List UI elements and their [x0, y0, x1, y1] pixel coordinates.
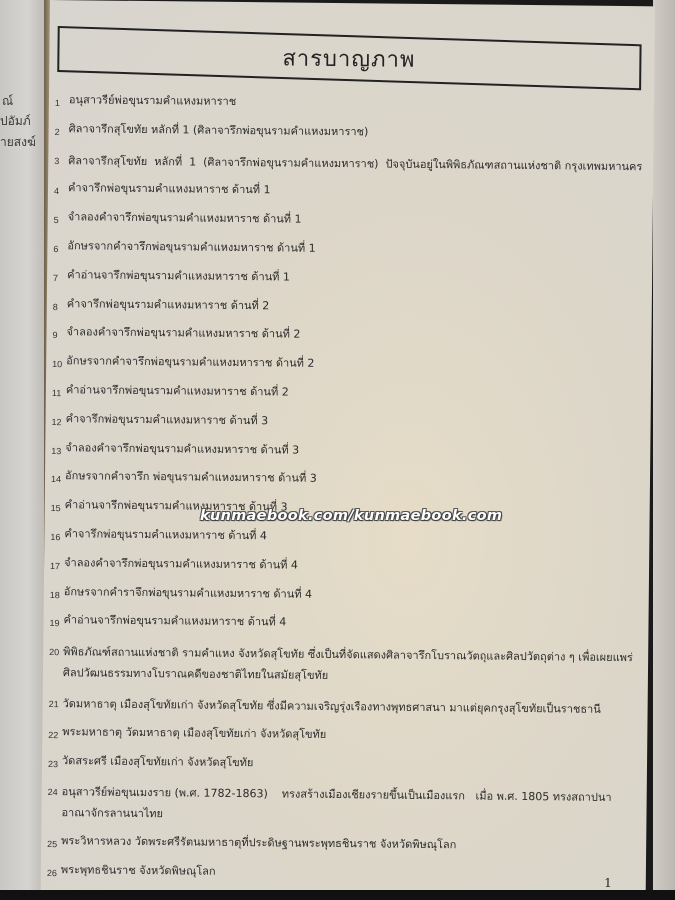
item-number: 6 [53, 238, 67, 257]
list-item: 9จำลองคำจารึกพ่อขุนรามคำแหงมหาราช ด้านที… [52, 324, 642, 349]
list-item: 3ศิลาจารึกสุโขทัย หลักที่ 1 (ศิลาจารึกพ่… [54, 150, 644, 177]
list-item: 7คำอ่านจารึกพ่อขุนรามคำแหงมหาราช ด้านที่… [53, 267, 643, 292]
item-text: คำจารึกพ่อขุนรามคำแหงมหาราช ด้านที่ 3 [65, 411, 641, 436]
item-text: วัดสระศรี เมืองสุโขทัยเก่า จังหวัดสุโขทั… [62, 753, 638, 778]
list-item: 24อนุสาวรีย์พ่อขุนเมงราย (พ.ศ. 1782-1863… [47, 781, 637, 829]
list-item: 8คำจารึกพ่อขุนรามคำแหงมหาราช ด้านที่ 2 [53, 296, 643, 321]
item-number: 9 [52, 324, 66, 343]
left-page-text-fragment: ปอัมภ์ [0, 112, 31, 131]
item-number: 17 [50, 555, 64, 574]
item-number: 8 [53, 296, 67, 315]
list-item: 17จำลองคำจารึกพ่อขุนรามคำแหงมหาราช ด้านท… [50, 555, 640, 580]
item-number: 26 [47, 862, 61, 881]
item-number: 4 [54, 180, 68, 199]
list-item: 11คำอ่านจารึกพ่อขุนรามคำแหงมหาราช ด้านที… [52, 382, 642, 407]
item-text: คำจารึกพ่อขุนรามคำแหงมหาราช ด้านที่ 4 [64, 526, 640, 551]
item-text: จำลองคำจารึกพ่อขุนรามคำแหงมหาราช ด้านที่… [64, 555, 640, 580]
item-number: 2 [55, 121, 69, 140]
item-text: ศิลาจารึกสุโขทัย หลักที่ 1 (ศิลาจารึกพ่อ… [69, 121, 645, 146]
list-item: 16คำจารึกพ่อขุนรามคำแหงมหาราช ด้านที่ 4 [50, 526, 640, 551]
list-item: 21วัดมหาธาตุ เมืองสุโขทัยเก่า จังหวัดสุโ… [49, 693, 639, 720]
item-text: พิพิธภัณฑ์สถานแห่งชาติ รามคำแหง จังหวัดส… [63, 641, 639, 689]
list-item: 26พระพุทธชินราช จังหวัดพิษณุโลก [47, 862, 637, 887]
item-text: อักษรจากคำจารึก พ่อขุนรามคำแหงมหาราช ด้า… [65, 469, 641, 494]
list-item: 25พระวิหารหลวง วัดพระศรีรัตนมหาธาตุที่ปร… [47, 833, 637, 858]
item-number: 16 [50, 526, 64, 545]
item-number: 11 [52, 382, 66, 401]
item-text: อนุสาวรีย์พ่อขุนรามคำแหงมหาราช [69, 92, 645, 117]
item-text: พระพุทธชินราช จังหวัดพิษณุโลก [61, 862, 637, 887]
list-item: 23วัดสระศรี เมืองสุโขทัยเก่า จังหวัดสุโข… [48, 753, 638, 778]
list-item: 2ศิลาจารึกสุโขทัย หลักที่ 1 (ศิลาจารึกพ่… [55, 121, 645, 146]
item-text: พระมหาธาตุ วัดมหาธาตุ เมืองสุโขทัยเก่า จ… [62, 724, 638, 749]
page-number: 1 [604, 876, 612, 890]
page-edge [653, 0, 675, 900]
left-page-text-fragment: ณ์ [2, 92, 13, 111]
item-number: 14 [51, 468, 65, 487]
item-text: วัดมหาธาตุ เมืองสุโขทัยเก่า จังหวัดสุโขท… [63, 693, 639, 720]
item-text: อนุสาวรีย์พ่อขุนเมงราย (พ.ศ. 1782-1863) … [61, 781, 637, 829]
item-text: คำอ่านจารึกพ่อขุนรามคำแหงมหาราช ด้านที่ … [63, 613, 639, 638]
adjacent-left-page: ณ์ ปอัมภ์ ายสงฆ์ [0, 0, 46, 900]
item-number: 15 [51, 497, 65, 516]
list-item: 19คำอ่านจารึกพ่อขุนรามคำแหงมหาราช ด้านที… [49, 612, 639, 637]
item-number: 18 [50, 584, 64, 603]
item-number: 25 [47, 833, 61, 852]
item-number: 10 [52, 353, 66, 372]
list-item: 20พิพิธภัณฑ์สถานแห่งชาติ รามคำแหง จังหวั… [49, 641, 639, 689]
item-number: 1 [55, 92, 69, 111]
item-number: 7 [53, 267, 67, 286]
item-number: 23 [48, 753, 62, 772]
item-text: คำอ่านจารึกพ่อขุนรามคำแหงมหาราช ด้านที่ … [66, 382, 642, 407]
list-item: 5จำลองคำจารึกพ่อขุนรามคำแหงมหาราช ด้านที… [54, 209, 644, 234]
item-text: พระวิหารหลวง วัดพระศรีรัตนมหาธาตุที่ประด… [61, 833, 637, 858]
page-title: สารบาญภาพ [283, 40, 416, 76]
list-item: 12คำจารึกพ่อขุนรามคำแหงมหาราช ด้านที่ 3 [51, 411, 641, 436]
list-item: 13จำลองคำจารึกพ่อขุนรามคำแหงมหาราช ด้านท… [51, 440, 641, 465]
item-text: คำจารึกพ่อขุนรามคำแหงมหาราช ด้านที่ 2 [67, 296, 643, 321]
list-item: 18อักษรจากคำราจึกพ่อขุนรามคำแหงมหาราช ด้… [50, 584, 640, 609]
item-text: จำลองคำจารึกพ่อขุนรามคำแหงมหาราช ด้านที่… [66, 325, 642, 350]
list-item: 4คำจารึกพ่อขุนรามคำแหงมหาราช ด้านที่ 1 [54, 180, 644, 205]
list-item: 10อักษรจากคำจารึกพ่อขุนรามคำแหงมหาราช ด้… [52, 353, 642, 378]
item-text: อักษรจากคำจารึกพ่อขุนรามคำแหงมหาราช ด้าน… [66, 353, 642, 378]
item-number: 24 [47, 781, 61, 823]
item-text: จำลองคำจารึกพ่อขุนรามคำแหงมหาราช ด้านที่… [68, 209, 644, 234]
item-text: คำจารึกพ่อขุนรามคำแหงมหาราช ด้านที่ 1 [68, 181, 644, 206]
item-number: 20 [49, 641, 63, 683]
item-number: 21 [49, 693, 63, 714]
item-number: 22 [48, 724, 62, 743]
list-item: 14อักษรจากคำจารึก พ่อขุนรามคำแหงมหาราช ด… [51, 468, 641, 493]
item-number: 5 [54, 209, 68, 228]
item-number: 12 [51, 411, 65, 430]
list-item: 6อักษรจากคำจารึกพ่อขุนรามคำแหงมหาราช ด้า… [53, 238, 643, 263]
list-item: 22พระมหาธาตุ วัดมหาธาตุ เมืองสุโขทัยเก่า… [48, 724, 638, 749]
item-text: คำอ่านจารึกพ่อขุนรามคำแหงมหาราช ด้านที่ … [67, 267, 643, 292]
title-box: สารบาญภาพ [57, 26, 641, 90]
left-page-text-fragment: ายสงฆ์ [0, 133, 36, 152]
document-page: สารบาญภาพ 1อนุสาวรีย์พ่อขุนรามคำแหงมหารา… [41, 0, 655, 896]
list-item: 1อนุสาวรีย์พ่อขุนรามคำแหงมหาราช [55, 92, 645, 117]
item-number: 3 [54, 150, 68, 171]
item-text: อักษรจากคำราจึกพ่อขุนรามคำแหงมหาราช ด้าน… [64, 584, 640, 609]
background-edge [0, 890, 675, 900]
item-number: 13 [51, 440, 65, 459]
illustration-list: 1อนุสาวรีย์พ่อขุนรามคำแหงมหาราช 2ศิลาจาร… [47, 92, 645, 897]
watermark: kunmaebook.com/kunmaebook.com [200, 508, 502, 524]
item-text: จำลองคำจารึกพ่อขุนรามคำแหงมหาราช ด้านที่… [65, 440, 641, 465]
item-text: อักษรจากคำจารึกพ่อขุนรามคำแหงมหาราช ด้าน… [67, 238, 643, 263]
item-number: 19 [49, 612, 63, 631]
item-text: ศิลาจารึกสุโขทัย หลักที่ 1 (ศิลาจารึกพ่อ… [68, 150, 644, 177]
